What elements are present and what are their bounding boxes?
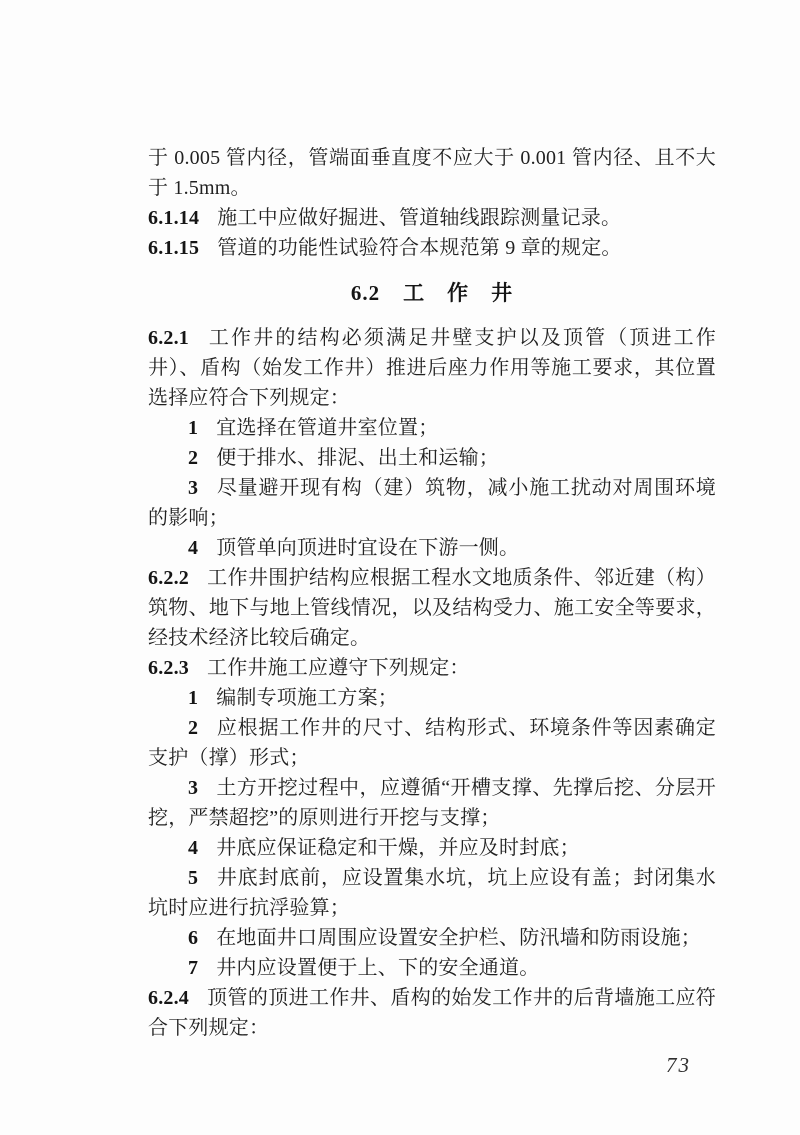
section-number: 6.2 — [351, 281, 380, 305]
list-item: 4井底应保证稳定和干燥，并应及时封底； — [148, 833, 716, 863]
clause-paragraph: 6.2.1工作井的结构必须满足井壁支护以及顶管（顶进工作井）、盾构（始发工作井）… — [148, 323, 716, 413]
list-item: 4顶管单向顶进时宜设在下游一侧。 — [148, 533, 716, 563]
list-item-number: 3 — [188, 777, 198, 799]
paragraph-text: 尽量避开现有构（建）筑物，减小施工扰动对周围环境的影响； — [148, 477, 716, 529]
list-item-number: 2 — [188, 717, 198, 739]
paragraph-text: 管道的功能性试验符合本规范第 9 章的规定。 — [217, 237, 621, 259]
paragraph-text: 土方开挖过程中，应遵循“开槽支撑、先撑后挖、分层开挖，严禁超挖”的原则进行开挖与… — [148, 777, 716, 829]
list-item: 1宜选择在管道井室位置； — [148, 413, 716, 443]
list-item: 1编制专项施工方案； — [148, 683, 716, 713]
clause-paragraph: 6.1.15管道的功能性试验符合本规范第 9 章的规定。 — [148, 233, 716, 263]
paragraph-text: 井底封底前，应设置集水坑，坑上应设有盖；封闭集水坑时应进行抗浮验算； — [148, 867, 716, 919]
paragraph-text: 顶管的顶进工作井、盾构的始发工作井的后背墙施工应符合下列规定： — [148, 987, 716, 1039]
clause-number: 6.2.3 — [148, 657, 189, 679]
paragraph-text: 井底应保证稳定和干燥，并应及时封底； — [216, 837, 580, 859]
paragraph-text: 应根据工作井的尺寸、结构形式、环境条件等因素确定支护（撑）形式； — [148, 717, 716, 769]
list-item: 3尽量避开现有构（建）筑物，减小施工扰动对周围环境的影响； — [148, 473, 716, 533]
clause-number: 6.2.2 — [148, 567, 189, 589]
paragraph-text: 编制专项施工方案； — [216, 687, 398, 709]
list-item-number: 1 — [188, 687, 198, 709]
paragraph-text: 顶管单向顶进时宜设在下游一侧。 — [216, 537, 519, 559]
page-number: 73 — [666, 1053, 691, 1078]
document-page: 于 0.005 管内径，管端面垂直度不应大于 0.001 管内径、且不大于 1.… — [0, 0, 800, 1135]
paragraph-text: 工作井施工应遵守下列规定： — [207, 657, 470, 679]
paragraph-text: 于 0.005 管内径，管端面垂直度不应大于 0.001 管内径、且不大于 1.… — [148, 147, 716, 199]
paragraph-text: 工作井的结构必须满足井壁支护以及顶管（顶进工作井）、盾构（始发工作井）推进后座力… — [148, 327, 716, 409]
list-item-number: 1 — [188, 417, 198, 439]
clause-paragraph: 6.2.2工作井围护结构应根据工程水文地质条件、邻近建（构）筑物、地下与地上管线… — [148, 563, 716, 653]
list-item-number: 4 — [188, 837, 198, 859]
list-item-number: 7 — [188, 957, 198, 979]
text-column: 于 0.005 管内径，管端面垂直度不应大于 0.001 管内径、且不大于 1.… — [148, 143, 716, 1043]
section-heading: 6.2工 作 井 — [148, 278, 716, 308]
paragraph-text: 便于排水、排泥、出土和运输； — [216, 447, 499, 469]
clause-paragraph: 6.1.14施工中应做好掘进、管道轴线跟踪测量记录。 — [148, 203, 716, 233]
paragraph-text: 宜选择在管道井室位置； — [216, 417, 438, 439]
list-item: 6在地面井口周围应设置安全护栏、防汛墙和防雨设施； — [148, 923, 716, 953]
clause-paragraph: 6.2.3工作井施工应遵守下列规定： — [148, 653, 716, 683]
list-item: 7井内应设置便于上、下的安全通道。 — [148, 953, 716, 983]
paragraph-text: 在地面井口周围应设置安全护栏、防汛墙和防雨设施； — [216, 927, 701, 949]
paragraph-text: 井内应设置便于上、下的安全通道。 — [216, 957, 539, 979]
clause-number: 6.1.14 — [148, 207, 199, 229]
clause-number: 6.2.1 — [148, 327, 189, 349]
list-item: 2便于排水、排泥、出土和运输； — [148, 443, 716, 473]
list-item: 2应根据工作井的尺寸、结构形式、环境条件等因素确定支护（撑）形式； — [148, 713, 716, 773]
clause-number: 6.1.15 — [148, 237, 199, 259]
clause-number: 6.2.4 — [148, 987, 189, 1009]
list-item: 3土方开挖过程中，应遵循“开槽支撑、先撑后挖、分层开挖，严禁超挖”的原则进行开挖… — [148, 773, 716, 833]
list-item-number: 4 — [188, 537, 198, 559]
paragraph-text: 工 作 井 — [403, 281, 513, 305]
continuation-paragraph: 于 0.005 管内径，管端面垂直度不应大于 0.001 管内径、且不大于 1.… — [148, 143, 716, 203]
list-item-number: 5 — [188, 867, 198, 889]
list-item: 5井底封底前，应设置集水坑，坑上应设有盖；封闭集水坑时应进行抗浮验算； — [148, 863, 716, 923]
list-item-number: 3 — [188, 477, 198, 499]
list-item-number: 2 — [188, 447, 198, 469]
list-item-number: 6 — [188, 927, 198, 949]
paragraph-text: 工作井围护结构应根据工程水文地质条件、邻近建（构）筑物、地下与地上管线情况，以及… — [148, 567, 716, 649]
clause-paragraph: 6.2.4顶管的顶进工作井、盾构的始发工作井的后背墙施工应符合下列规定： — [148, 983, 716, 1043]
paragraph-text: 施工中应做好掘进、管道轴线跟踪测量记录。 — [217, 207, 621, 229]
